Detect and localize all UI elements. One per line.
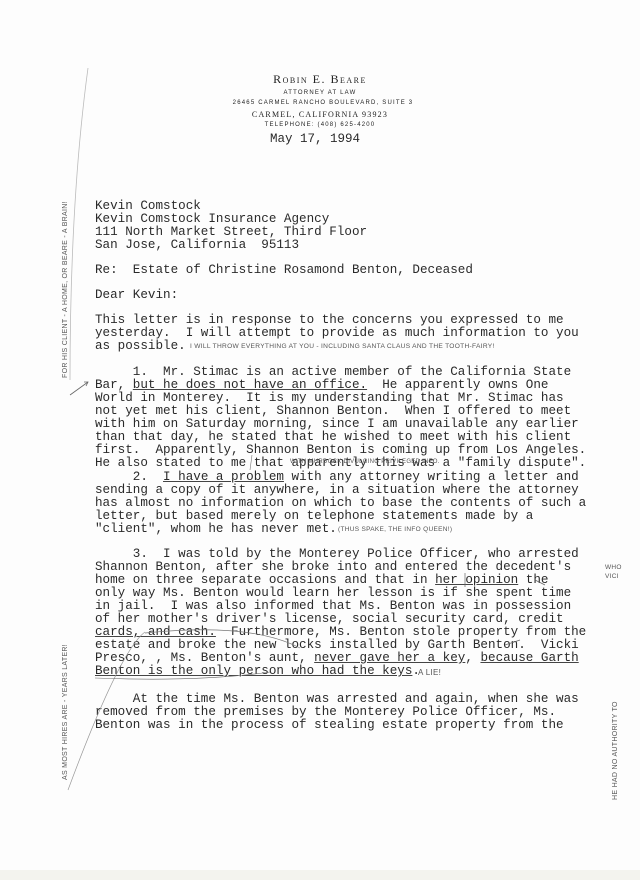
- page-edge: [0, 870, 640, 880]
- letter-page: Robin E. Beare ATTORNEY AT LAW 26465 CAR…: [0, 0, 640, 880]
- handwriting-marks: [0, 0, 640, 880]
